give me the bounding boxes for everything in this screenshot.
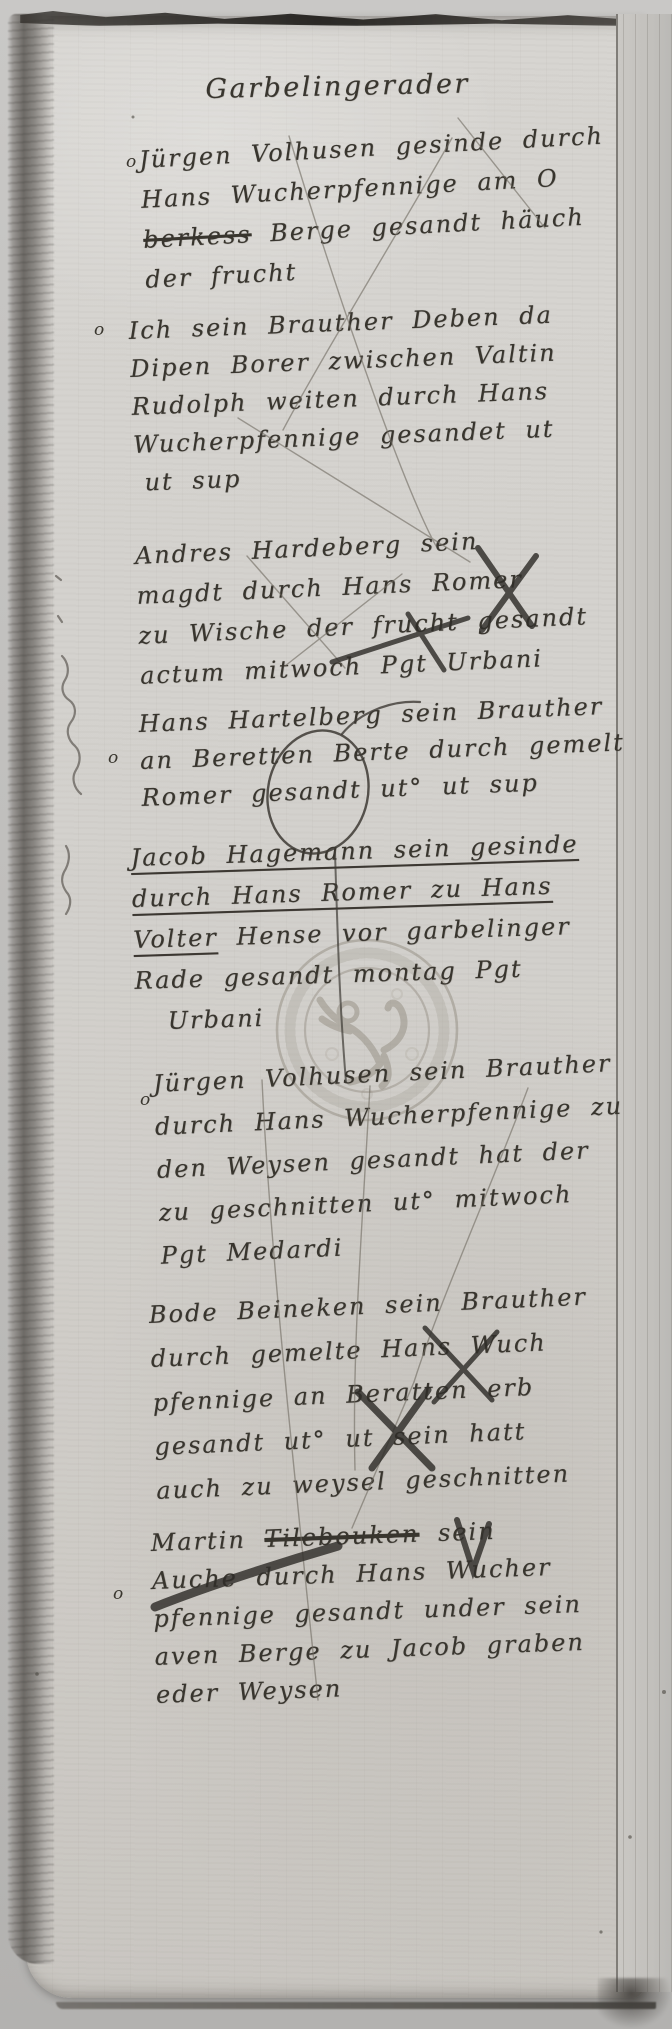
- margin-marker: o: [126, 152, 136, 172]
- entry-paragraph-7: Bode Beineken sein Brauther durch gemelt…: [148, 1275, 595, 1513]
- handwriting-layer: Garbelingerader o Jürgen Volhusen gesind…: [0, 0, 672, 2029]
- heading-place-name: Garbelingerader: [205, 64, 470, 110]
- margin-marker: o: [140, 1090, 150, 1110]
- entry-paragraph-2: Ich sein Brauther Deben da Dipen Borer z…: [128, 296, 562, 502]
- entry-paragraph-5: Jacob Hagemann sein gesinde durch Hans R…: [130, 824, 584, 1043]
- entry-paragraph-8: Martin Tilebouken sein Auche durch Hans …: [150, 1509, 587, 1714]
- margin-marker: o: [108, 748, 118, 768]
- underlined-word: Volter: [133, 923, 218, 954]
- struck-word: Tilebouken: [264, 1520, 420, 1553]
- entry-paragraph-4: Hans Hartelberg sein Brauther an Berette…: [138, 687, 627, 817]
- entry-paragraph-1: Jürgen Volhusen gesinde durch Hans Wuche…: [138, 116, 611, 300]
- manuscript-scan: Garbelingerader o Jürgen Volhusen gesind…: [0, 0, 672, 2029]
- entry-paragraph-6: Jürgen Volhusen sein Brauther durch Hans…: [152, 1042, 630, 1278]
- struck-word: berkess: [143, 220, 253, 254]
- margin-marker: o: [94, 320, 104, 340]
- entry-paragraph-3: Andres Hardeberg sein magdt durch Hans R…: [134, 516, 591, 695]
- margin-marker: o: [113, 1584, 123, 1604]
